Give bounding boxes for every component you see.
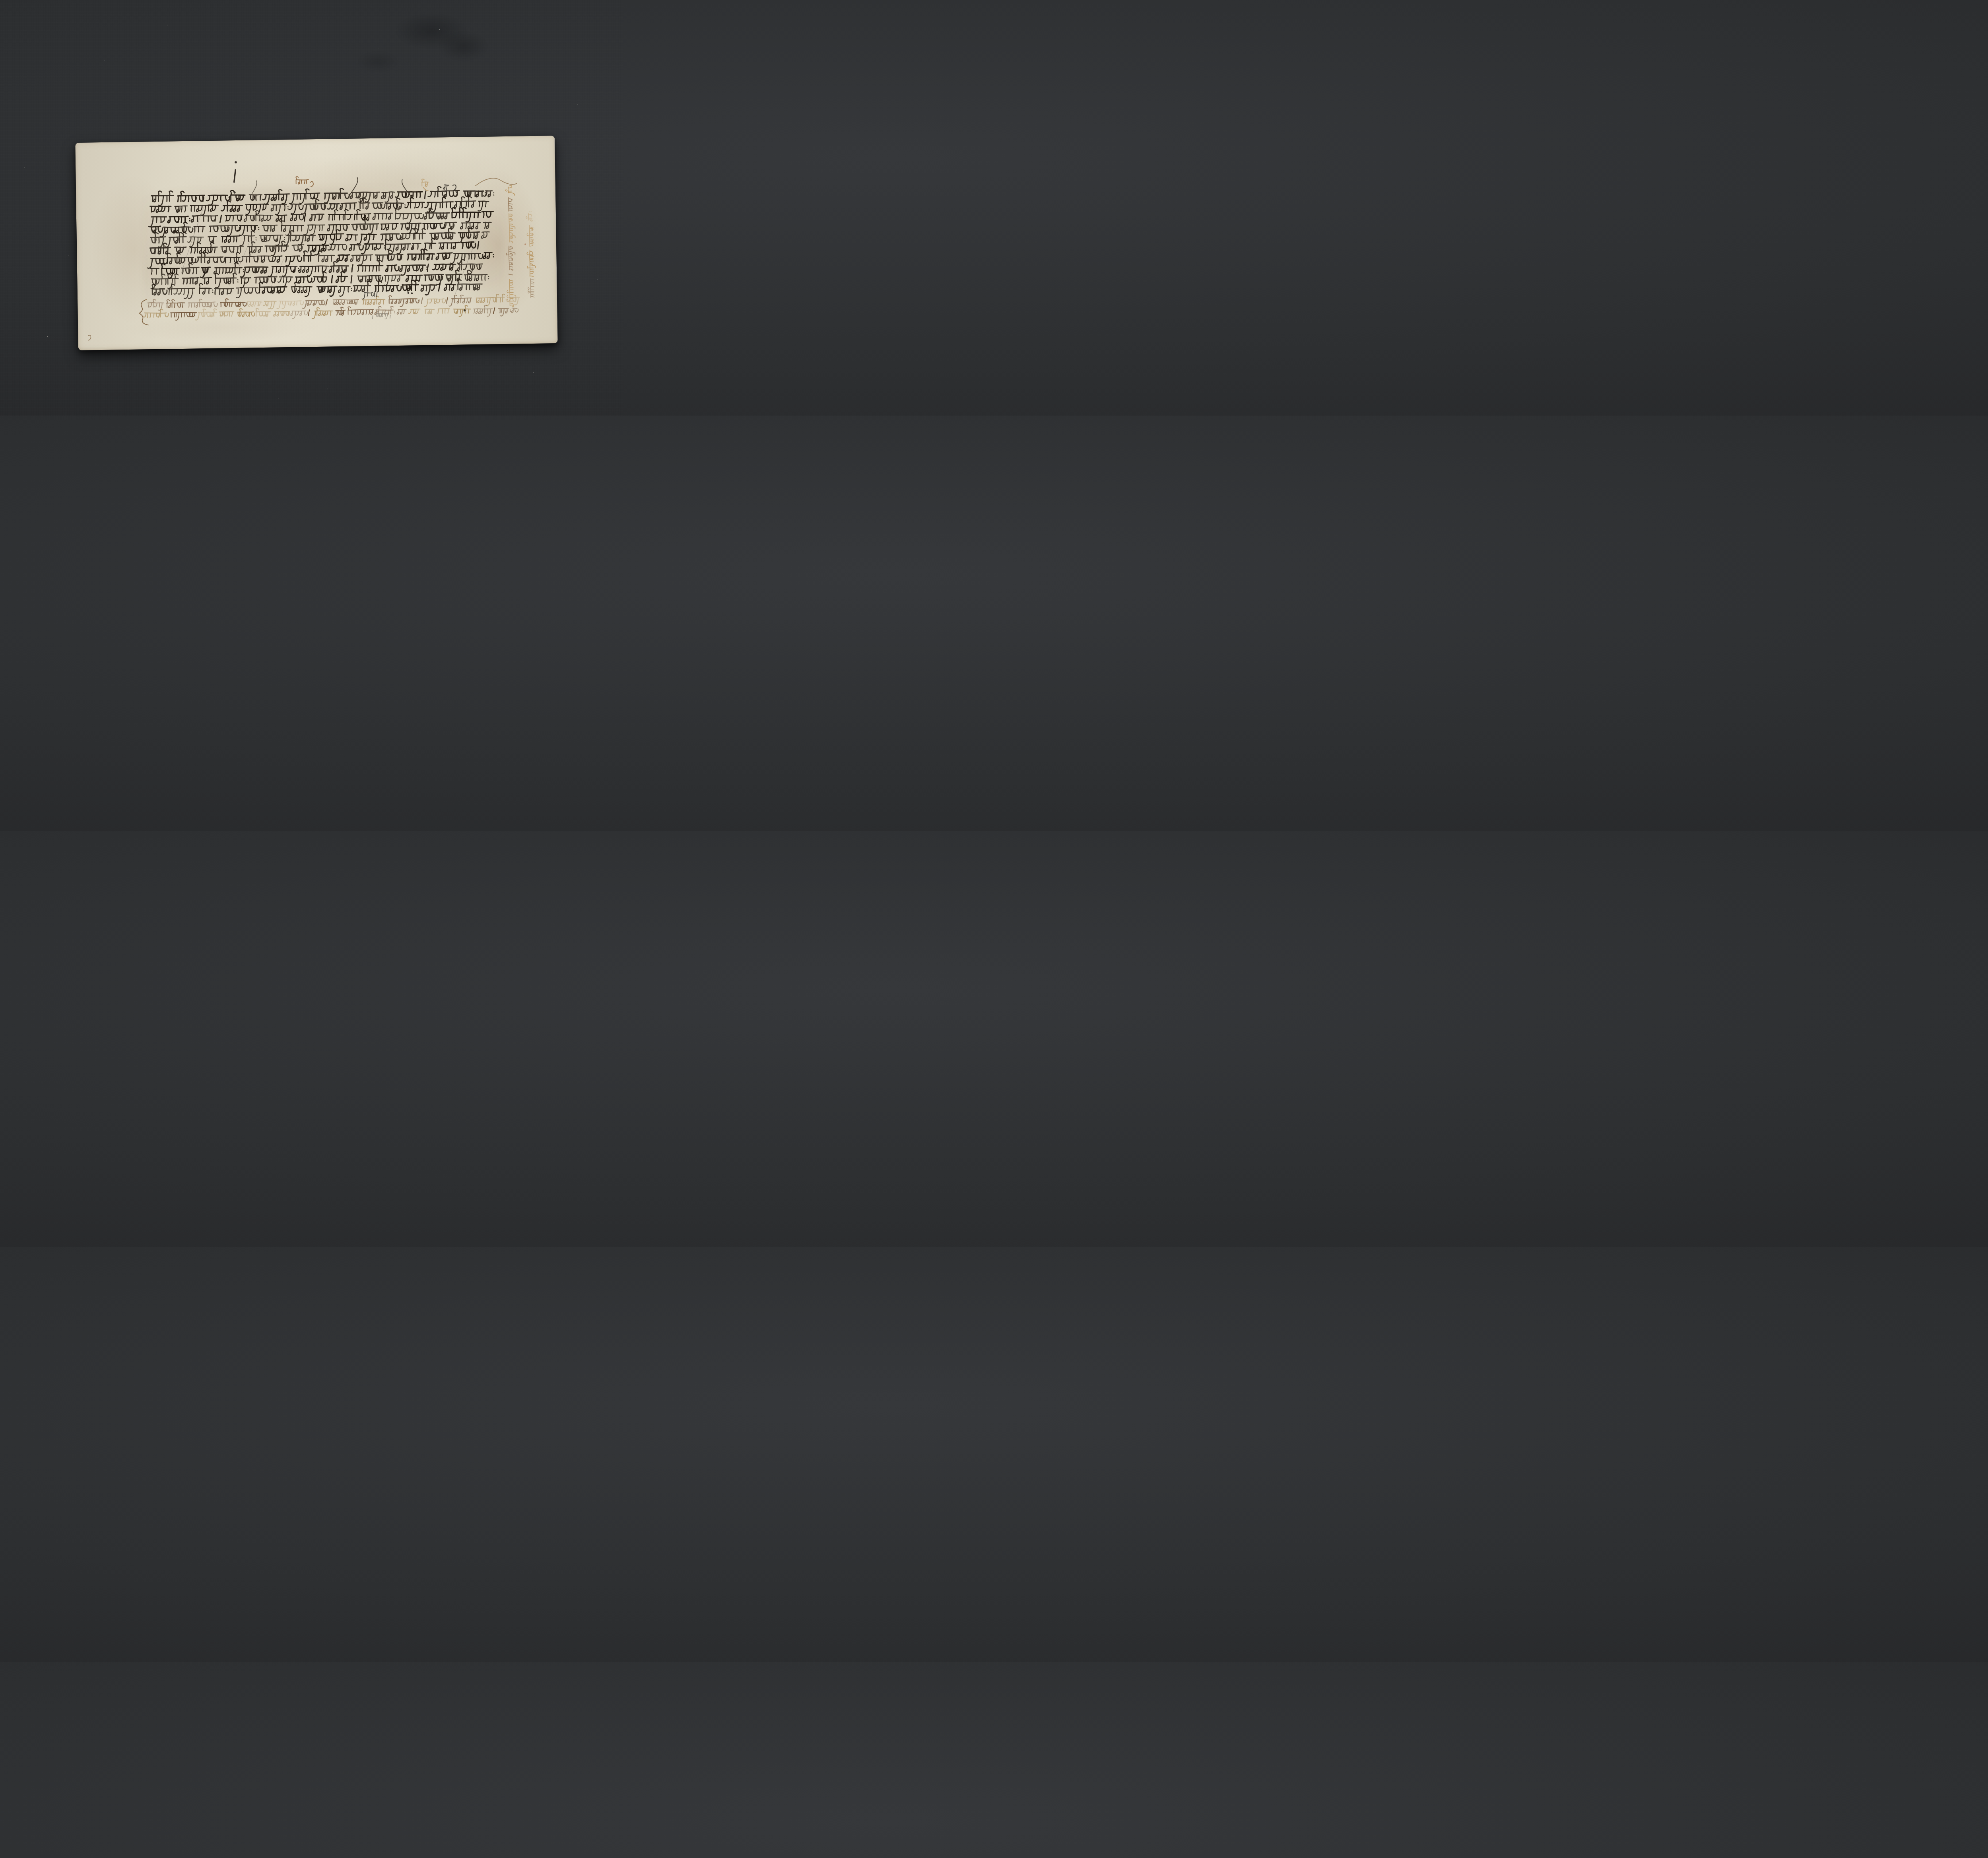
manuscript-line	[152, 279, 482, 299]
faded-top-mark	[422, 179, 429, 191]
mat-smudge	[350, 48, 406, 76]
ink-dot	[411, 292, 413, 294]
photograph-canvas: { "scene": { "description": "Photograph …	[0, 0, 623, 416]
mat-smudge	[429, 26, 497, 66]
interlinear-dots	[408, 292, 413, 294]
ascender-flourish	[252, 177, 412, 200]
margin-annotation	[526, 212, 536, 297]
manuscript-folio	[75, 136, 558, 350]
manuscript-writing	[75, 136, 558, 350]
ink-dot	[408, 292, 410, 294]
folio-number	[444, 185, 457, 193]
corner-mark	[88, 335, 91, 340]
rust-spot	[524, 243, 526, 245]
ink-dot	[524, 243, 526, 245]
verse-end-mark	[362, 292, 377, 299]
margin-annotation	[505, 185, 516, 307]
ink-dot	[235, 161, 237, 163]
invocation-mark	[233, 161, 237, 194]
shri-mark	[296, 176, 313, 187]
margin-flourish	[476, 178, 517, 186]
commentary-brace	[139, 299, 148, 325]
commentary-line	[148, 294, 520, 311]
mat-smudge	[382, 7, 481, 55]
dust-specks	[0, 0, 1, 1]
